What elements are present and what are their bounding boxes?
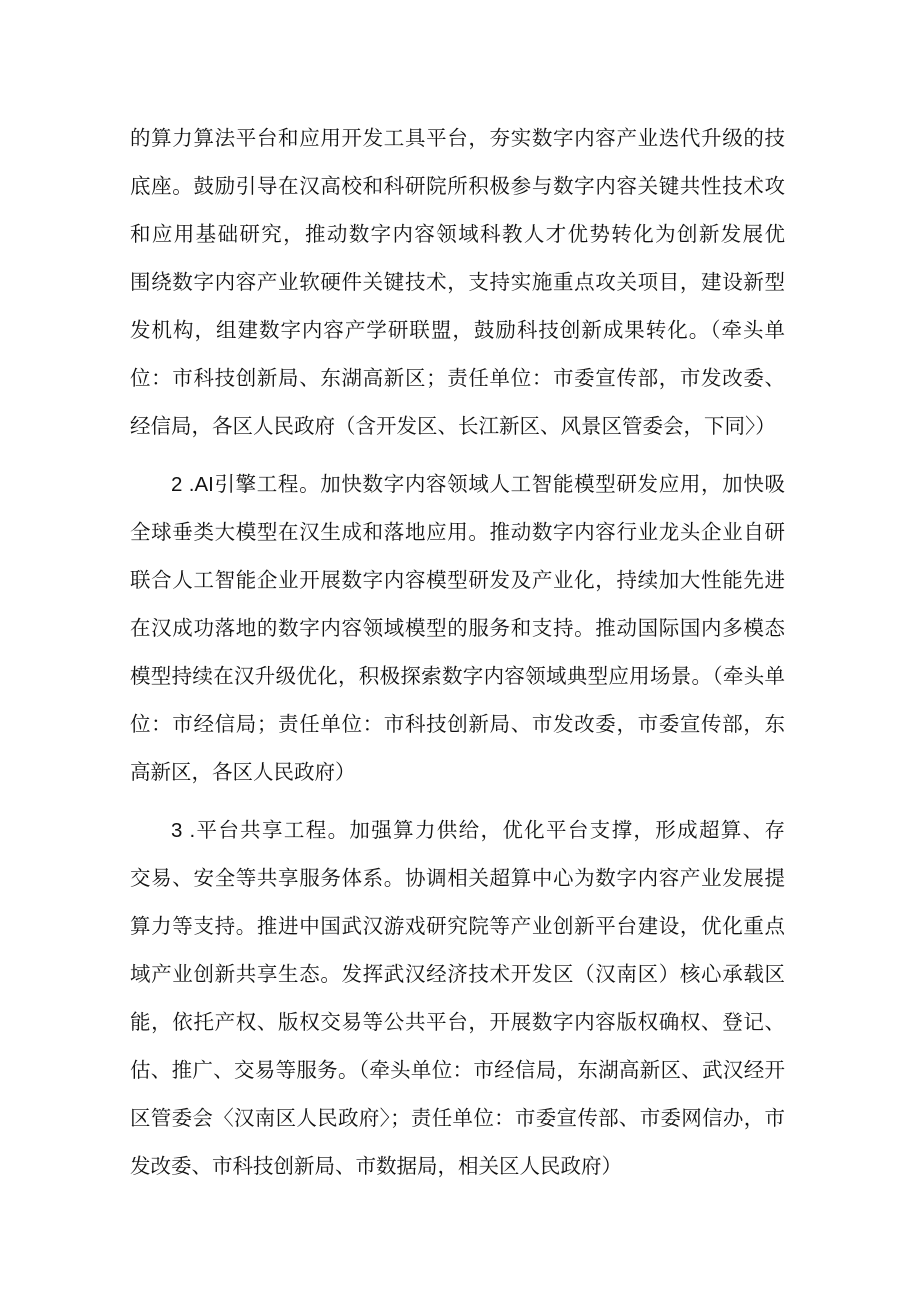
text-line: 发机构，组建数字内容产学研联盟，鼓励科技创新成果转化。（牵头单 (130, 307, 785, 355)
text-line: 2 .AI引擎工程。加快数字内容领域人工智能模型研发应用，加快吸引 (130, 461, 785, 509)
text-line: 和应用基础研究，推动数字内容领域科教人才优势转化为创新发展优势。 (130, 211, 785, 259)
paragraph-3-platform-sharing: 3 .平台共享工程。加强算力供给，优化平台支撑，形成超算、存储、交易、安全等共享… (130, 807, 785, 1191)
text-line: 围绕数字内容产业软硬件关键技术，支持实施重点攻关项目，建设新型研 (130, 259, 785, 307)
text-line: 全球垂类大模型在汉生成和落地应用。推动数字内容行业龙头企业自研或 (130, 509, 785, 557)
text-line: 发改委、市科技创新局、市数据局，相关区人民政府） (130, 1143, 785, 1191)
paragraph-1-continuation: 的算力算法平台和应用开发工具平台，夯实数字内容产业迭代升级的技术底座。鼓励引导在… (130, 115, 785, 451)
text-line: 3 .平台共享工程。加强算力供给，优化平台支撑，形成超算、存储、 (130, 807, 785, 855)
text-line: 经信局，各区人民政府（含开发区、长江新区、风景区管委会，下同〉） (130, 403, 785, 451)
text-line: 模型持续在汉升级优化，积极探索数字内容领域典型应用场景。（牵头单 (130, 653, 785, 701)
paragraph-2-ai-engine: 2 .AI引擎工程。加快数字内容领域人工智能模型研发应用，加快吸引全球垂类大模型… (130, 461, 785, 797)
text-line: 位：市经信局；责任单位：市科技创新局、市发改委，市委宣传部，东湖 (130, 701, 785, 749)
text-line: 区管委会〈汉南区人民政府〉；责任单位：市委宣传部、市委网信办，市 (130, 1095, 785, 1143)
text-line: 交易、安全等共享服务体系。协调相关超算中心为数字内容产业发展提供 (130, 855, 785, 903)
text-line: 联合人工智能企业开展数字内容模型研发及产业化，持续加大性能先进并 (130, 557, 785, 605)
text-line: 算力等支持。推进中国武汉游戏研究院等产业创新平台建设，优化重点领 (130, 903, 785, 951)
text-line: 能，依托产权、版权交易等公共平台，开展数字内容版权确权、登记、评 (130, 999, 785, 1047)
text-line: 的算力算法平台和应用开发工具平台，夯实数字内容产业迭代升级的技术 (130, 115, 785, 163)
text-line: 估、推广、交易等服务。（牵头单位：市经信局，东湖高新区、武汉经开 (130, 1047, 785, 1095)
text-line: 域产业创新共享生态。发挥武汉经济技术开发区（汉南区）核心承载区功 (130, 951, 785, 999)
text-line: 在汉成功落地的数字内容领域模型的服务和支持。推动国际国内多模态大 (130, 605, 785, 653)
document-page: 的算力算法平台和应用开发工具平台，夯实数字内容产业迭代升级的技术底座。鼓励引导在… (0, 0, 920, 1301)
text-line: 底座。鼓励引导在汉高校和科研院所积极参与数字内容关键共性技术攻关 (130, 163, 785, 211)
text-line: 位：市科技创新局、东湖高新区；责任单位：市委宣传部，市发改委、市 (130, 355, 785, 403)
text-line: 高新区，各区人民政府） (130, 749, 785, 797)
